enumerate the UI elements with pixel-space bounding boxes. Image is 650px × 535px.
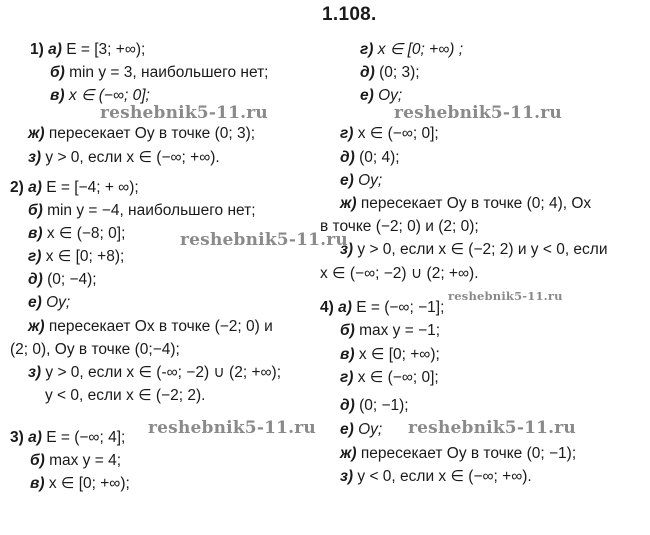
answer-2z: з) y > 0, если x ∈ (-∞; −2) ∪ (2; +∞); xyxy=(28,363,281,383)
item-text: max y = −1; xyxy=(359,322,440,339)
item-label: д) xyxy=(360,64,375,81)
item-label: д) xyxy=(340,397,355,414)
watermark: reshebnik5-11.ru xyxy=(394,103,562,123)
part-number: 1) xyxy=(30,41,44,58)
item-label: в) xyxy=(28,225,43,242)
watermark: reshebnik5-11.ru xyxy=(100,103,268,123)
item-text: (0; 4); xyxy=(359,149,399,166)
part-number: 2) xyxy=(10,179,24,196)
answer-3v: в) x ∈ [0; +∞); xyxy=(30,474,130,494)
item-label: ж) xyxy=(28,318,45,335)
item-label: ж) xyxy=(340,445,357,462)
watermark: reshebnik5-11.ru xyxy=(408,418,576,438)
answer-2v: в) x ∈ (−8; 0]; xyxy=(28,224,125,244)
item-label: ж) xyxy=(340,195,357,212)
item-text: пересекает Ox в точке (−2; 0) и xyxy=(49,318,273,335)
answer-3z: з) y > 0, если x ∈ (−2; 2) и y < 0, если xyxy=(340,240,608,260)
item-text: y > 0, если x ∈ (-∞; −2) ∪ (2; +∞); xyxy=(45,364,281,381)
answer-3e: е) Oy; xyxy=(340,171,382,191)
item-text: E = (−∞; 4]; xyxy=(46,429,125,446)
answer-3z-cont: x ∈ (−∞; −2) ∪ (2; +∞). xyxy=(320,264,479,284)
item-text: x ∈ (−∞; 0]; xyxy=(69,87,150,104)
answer-4e: е) Oy; xyxy=(340,420,382,440)
item-text: x ∈ [0; +∞) ; xyxy=(378,41,463,58)
answer-2b: б) min y = −4, наибольшего нет; xyxy=(28,201,256,221)
answer-4zh: ж) пересекает Oy в точке (0; −1); xyxy=(340,444,576,464)
answer-4v: в) x ∈ [0; +∞); xyxy=(340,345,440,365)
part-number: 4) xyxy=(320,299,334,316)
watermark: reshebnik5-11.ru xyxy=(148,418,316,438)
answer-3d: д) (0; 4); xyxy=(340,148,400,168)
answer-4z: з) y < 0, если x ∈ (−∞; +∞). xyxy=(340,467,532,487)
answer-2zh: ж) пересекает Ox в точке (−2; 0) и xyxy=(28,317,273,337)
answer-1g: г) x ∈ [0; +∞) ; xyxy=(360,40,463,60)
answer-3zh: ж) пересекает Oy в точке (0; 4), Ox xyxy=(340,194,591,214)
item-text: (0; 3); xyxy=(379,64,419,81)
item-label: б) xyxy=(28,202,43,219)
answer-1v: в) x ∈ (−∞; 0]; xyxy=(50,86,150,106)
item-label: а) xyxy=(338,299,352,316)
item-label: б) xyxy=(50,64,65,81)
answer-2g: г) x ∈ [0; +8); xyxy=(28,247,124,267)
watermark: reshebnik5-11.ru xyxy=(448,289,563,303)
item-label: в) xyxy=(30,475,45,492)
item-text: x ∈ [0; +∞); xyxy=(359,346,440,363)
item-label: д) xyxy=(28,271,43,288)
item-label: з) xyxy=(340,468,353,485)
item-text: Oy; xyxy=(46,294,70,311)
item-label: в) xyxy=(50,87,65,104)
item-label: д) xyxy=(340,149,355,166)
item-label: е) xyxy=(28,294,42,311)
answer-1b: б) min y = 3, наибольшего нет; xyxy=(50,63,269,83)
answer-1d: д) (0; 3); xyxy=(360,63,420,83)
answer-3zh-cont: в точке (−2; 0) и (2; 0); xyxy=(320,217,479,237)
item-label: а) xyxy=(48,41,62,58)
item-text: y > 0, если x ∈ (−2; 2) и y < 0, если xyxy=(357,241,607,258)
item-label: в) xyxy=(340,346,355,363)
answer-2e: е) Oy; xyxy=(28,293,70,313)
item-label: е) xyxy=(340,421,354,438)
answer-2a: 2) а) E = [−4; + ∞); xyxy=(10,178,139,198)
answer-4d: д) (0; −1); xyxy=(340,396,409,416)
item-text: max y = 4; xyxy=(49,452,121,469)
part-number: 3) xyxy=(10,429,24,446)
item-label: а) xyxy=(28,179,42,196)
answer-2z-cont: y < 0, если x ∈ (−2; 2). xyxy=(45,386,205,406)
answer-1e: е) Oy; xyxy=(360,86,402,106)
item-text: Oy; xyxy=(358,421,382,438)
answer-4g: г) x ∈ (−∞; 0]; xyxy=(340,368,439,388)
item-label: з) xyxy=(28,149,41,166)
item-text: min y = −4, наибольшего нет; xyxy=(47,202,255,219)
item-label: е) xyxy=(340,172,354,189)
item-text: пересекает Oy в точке (0; −1); xyxy=(361,445,576,462)
item-text: min y = 3, наибольшего нет; xyxy=(69,64,268,81)
answer-3b: б) max y = 4; xyxy=(30,451,121,471)
answer-4b: б) max y = −1; xyxy=(340,321,440,341)
item-label: г) xyxy=(340,125,353,142)
answer-1z: з) y > 0, если x ∈ (−∞; +∞). xyxy=(28,148,220,168)
item-label: а) xyxy=(28,429,42,446)
item-text: x ∈ (−∞; 0]; xyxy=(358,125,439,142)
answer-3a: 3) а) E = (−∞; 4]; xyxy=(10,428,125,448)
answer-2d: д) (0; −4); xyxy=(28,270,97,290)
item-label: б) xyxy=(340,322,355,339)
item-label: з) xyxy=(340,241,353,258)
item-label: ж) xyxy=(28,125,45,142)
item-text: пересекает Oy в точке (0; 3); xyxy=(49,125,255,142)
item-text: пересекает Oy в точке (0; 4), Ox xyxy=(361,195,591,212)
answer-4a: 4) а) E = (−∞; −1]; xyxy=(320,298,444,318)
item-text: Oy; xyxy=(358,172,382,189)
answer-1a: 1) а) E = [3; +∞); xyxy=(30,40,145,60)
answer-3g: г) x ∈ (−∞; 0]; xyxy=(340,124,439,144)
item-text: (0; −4); xyxy=(47,271,97,288)
item-text: x ∈ [0; +8); xyxy=(46,248,125,265)
answer-2zh-cont: (2; 0), Oy в точке (0;−4); xyxy=(10,340,180,360)
item-label: е) xyxy=(360,87,374,104)
item-label: з) xyxy=(28,364,41,381)
item-text: (0; −1); xyxy=(359,397,409,414)
item-text: x ∈ (−∞; 0]; xyxy=(358,369,439,386)
item-label: б) xyxy=(30,452,45,469)
item-text: Oy; xyxy=(378,87,402,104)
item-label: г) xyxy=(28,248,41,265)
item-text: E = [3; +∞); xyxy=(66,41,145,58)
item-text: x ∈ (−8; 0]; xyxy=(47,225,126,242)
item-label: г) xyxy=(340,369,353,386)
item-text: E = (−∞; −1]; xyxy=(356,299,444,316)
item-text: y < 0, если x ∈ (−∞; +∞). xyxy=(357,468,531,485)
item-label: г) xyxy=(360,41,373,58)
item-text: x ∈ [0; +∞); xyxy=(49,475,130,492)
exercise-title: 1.108. xyxy=(322,4,377,26)
item-text: y > 0, если x ∈ (−∞; +∞). xyxy=(45,149,219,166)
answer-1zh: ж) пересекает Oy в точке (0; 3); xyxy=(28,124,255,144)
item-text: E = [−4; + ∞); xyxy=(46,179,138,196)
